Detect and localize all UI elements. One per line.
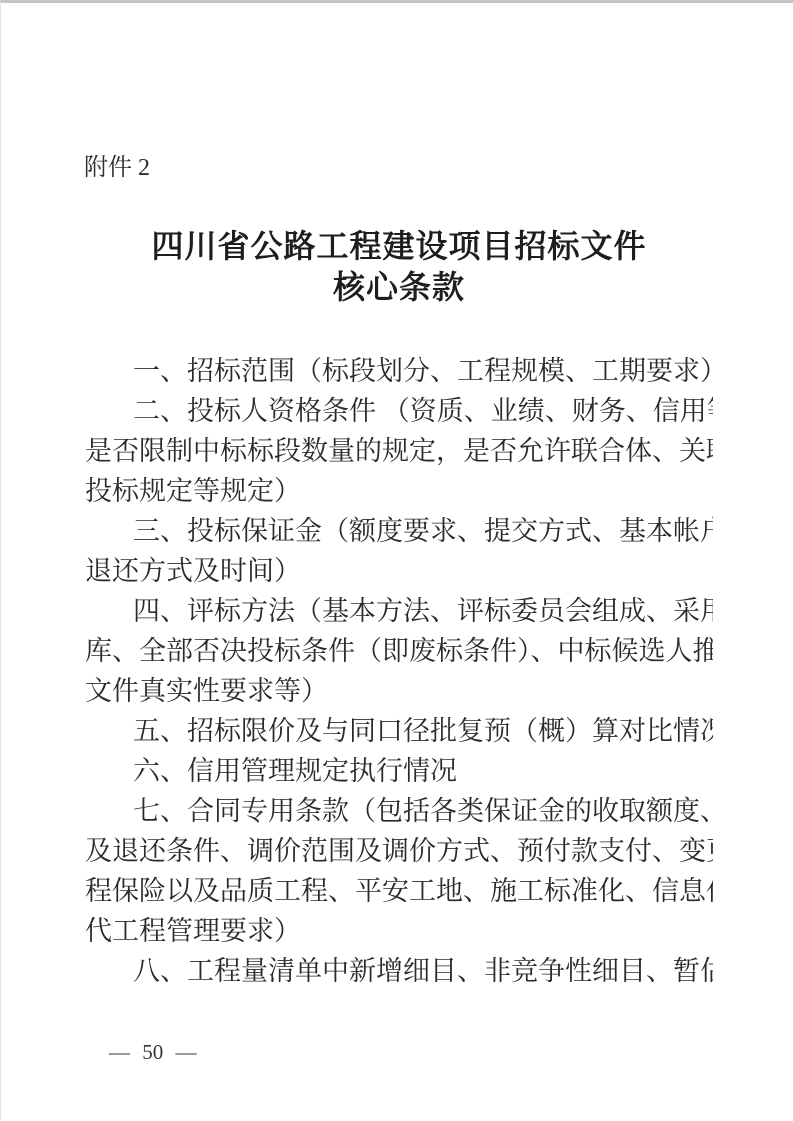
body-line-item4-1: 四、评标方法（基本方法、评标委员会组成、采用的专家 (85, 591, 713, 631)
page-number: — 50 — (109, 1039, 197, 1065)
body-line-item3-1: 三、投标保证金（额度要求、提交方式、基本帐户转入制度、 (85, 511, 713, 551)
body-line-item7-1: 七、合同专用条款（包括各类保证金的收取额度、收取方式 (85, 791, 713, 831)
document-title: 四川省公路工程建设项目招标文件 核心条款 (85, 226, 713, 308)
body-line-item4-3: 文件真实性要求等） (85, 671, 713, 711)
body-line-item6: 六、信用管理规定执行情况 (85, 751, 713, 791)
body-line-item4-2: 库、全部否决投标条件（即废标条件）、中标候选人推荐、投标 (85, 631, 713, 671)
attachment-label: 附件 2 (84, 153, 150, 183)
body-line-item3-2: 退还方式及时间） (85, 551, 713, 591)
body-line-item7-4: 代工程管理要求） (85, 911, 713, 951)
body-line-item8: 八、工程量清单中新增细目、非竞争性细目、暂估价细目及 (85, 951, 713, 991)
document-body: 一、招标范围（标段划分、工程规模、工期要求） 二、投标人资格条件 （资质、业绩、… (85, 351, 713, 991)
document-page: 附件 2 四川省公路工程建设项目招标文件 核心条款 一、招标范围（标段划分、工程… (0, 0, 793, 1121)
title-line-1: 四川省公路工程建设项目招标文件 (85, 226, 713, 267)
title-line-2: 核心条款 (85, 267, 713, 308)
body-line-item7-3: 程保险以及品质工程、平安工地、施工标准化、信息化管理等现 (85, 871, 713, 911)
body-line-item2-3: 投标规定等规定） (85, 471, 713, 511)
body-line-item2-1: 二、投标人资格条件 （资质、业绩、财务、信用等级等要求、 (85, 391, 713, 431)
body-line-item5: 五、招标限价及与同口径批复预（概）算对比情况 (85, 711, 713, 751)
body-line-item2-2: 是否限制中标标段数量的规定，是否允许联合体、关联企业限制 (85, 431, 713, 471)
body-line-item7-2: 及退还条件、调价范围及调价方式、预付款支付、变更设计、工 (85, 831, 713, 871)
body-line-item1: 一、招标范围（标段划分、工程规模、工期要求） (85, 351, 713, 391)
